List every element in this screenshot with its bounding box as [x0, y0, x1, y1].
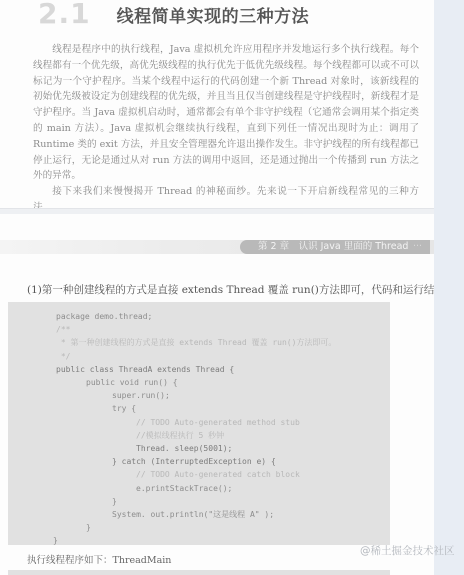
code-line: // TODO Auto-generated method stub [136, 416, 300, 430]
code-line: /** [56, 323, 70, 337]
code-block: package demo.thread;/** * 第一种创建线程的方式是直接 … [8, 302, 390, 545]
book-page-bottom: 第 2 章 认识 Java 里面的 Thread ··· (1)第一种创建线程的… [0, 214, 434, 575]
paragraph: 接下来我们来慢慢揭开 Thread 的神秘面纱。先来说一下开启新线程常见的三种方… [33, 184, 419, 208]
code-line: public class ThreadA extends Thread { [56, 363, 234, 377]
code-line: } [53, 534, 58, 548]
code-line: package demo.thread; [56, 310, 152, 324]
code-line: // TODO Auto-generated catch block [136, 468, 300, 482]
section-number: 2.1 [38, 1, 91, 27]
section-heading: 2.1 线程简单实现的三种方法 [38, 1, 309, 27]
chapter-header-band: 第 2 章 认识 Java 里面的 Thread ··· [0, 240, 434, 254]
code-line: } [112, 495, 117, 509]
chapter-tag-label: 第 2 章 认识 Java 里面的 Thread [258, 241, 408, 252]
book-page-top: 2.1 线程简单实现的三种方法 线程是程序中的执行线程，Java 虚拟机允许应用… [0, 0, 434, 208]
body-text: 线程是程序中的执行线程，Java 虚拟机允许应用程序并发地运行多个执行线程。每个… [33, 42, 419, 208]
chapter-tag: 第 2 章 认识 Java 里面的 Thread ··· [240, 240, 430, 254]
code-line: e.printStackTrace(); [136, 482, 232, 496]
code-line: System. out.println("这是线程 A" ); [112, 508, 274, 522]
code-line: } catch (InterruptedException e) { [112, 455, 276, 469]
code-line: Thread. sleep(5001); [136, 442, 232, 456]
code-line: } [86, 521, 91, 535]
code-line: * 第一种创建线程的方式是直接 extends Thread 覆盖 run()方… [56, 336, 336, 350]
after-code-text: 执行线程程序如下：ThreadMain [27, 552, 171, 566]
section-title: 线程简单实现的三种方法 [117, 2, 310, 27]
next-code-block [8, 570, 390, 575]
code-intro: (1)第一种创建线程的方式是直接 extends Thread 覆盖 run()… [27, 282, 434, 297]
watermark: @稀土掘金技术社区 [360, 543, 455, 558]
chapter-tag-trailing: ··· [413, 240, 422, 254]
code-line: */ [56, 350, 70, 364]
code-line: try { [112, 402, 136, 416]
paragraph: 线程是程序中的执行线程，Java 虚拟机允许应用程序并发地运行多个执行线程。每个… [33, 42, 419, 184]
code-line: super.run(); [112, 389, 170, 403]
code-line: public void run() { [86, 376, 178, 390]
code-line: //模拟线程执行 5 秒钟 [136, 429, 224, 443]
